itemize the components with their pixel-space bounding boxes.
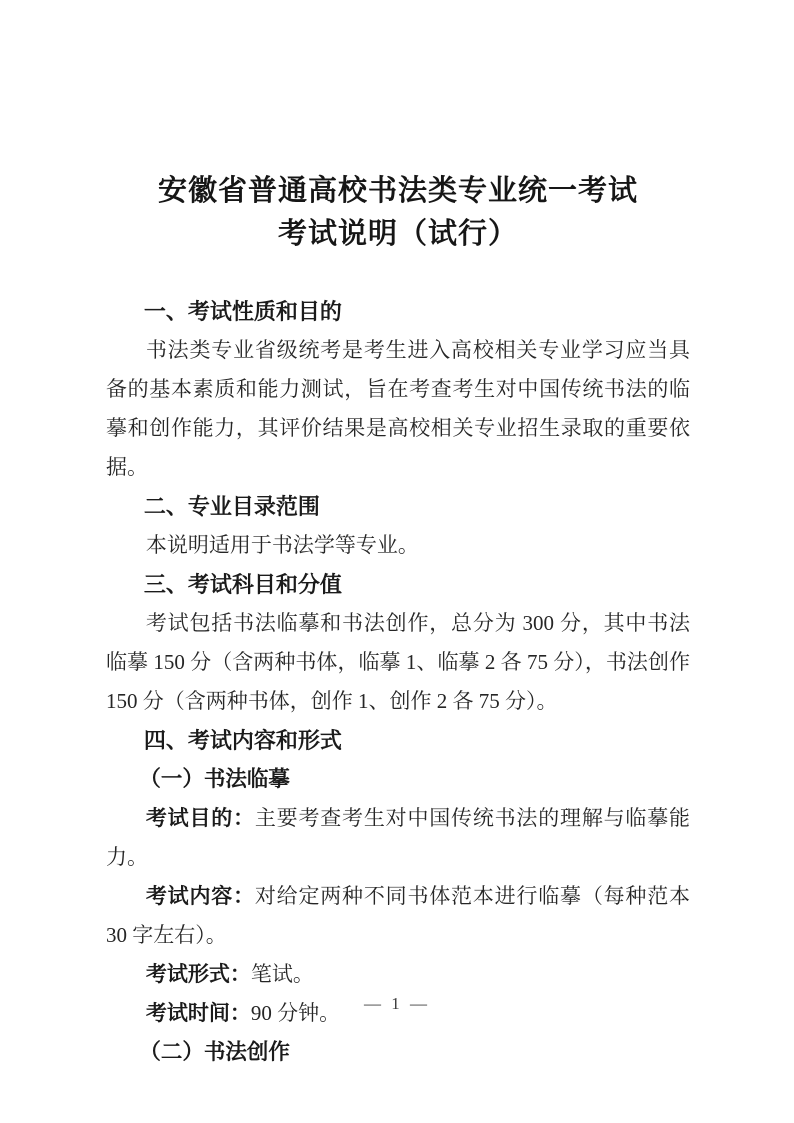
- section-heading-major-scope: 二、专业目录范围: [106, 487, 690, 526]
- section-heading-exam-nature: 一、考试性质和目的: [106, 292, 690, 331]
- subsection-heading-copying: （一）书法临摹: [106, 760, 690, 799]
- field-value-exam-form: 笔试。: [251, 962, 314, 986]
- section-heading-content-form: 四、考试内容和形式: [106, 721, 690, 760]
- field-label-exam-purpose: 考试目的：: [146, 806, 255, 830]
- section-paragraph-exam-nature: 书法类专业省级统考是考生进入高校相关专业学习应当具备的基本素质和能力测试，旨在考…: [106, 331, 690, 487]
- section-paragraph-subjects-scores: 考试包括书法临摹和书法创作，总分为 300 分，其中书法临摹 150 分（含两种…: [106, 604, 690, 721]
- title-line-1: 安徽省普通高校书法类专业统一考试: [106, 170, 690, 213]
- page-number: — 1 —: [364, 994, 430, 1013]
- field-label-exam-form: 考试形式：: [146, 962, 251, 986]
- subsection-heading-creation: （二）书法创作: [106, 1033, 690, 1072]
- document-page: 安徽省普通高校书法类专业统一考试 考试说明（试行） 一、考试性质和目的 书法类专…: [0, 0, 794, 1123]
- document-title: 安徽省普通高校书法类专业统一考试 考试说明（试行）: [106, 170, 690, 256]
- page-footer: — 1 —: [0, 994, 794, 1014]
- field-row-exam-purpose: 考试目的：主要考查考生对中国传统书法的理解与临摹能力。: [106, 799, 690, 877]
- title-line-2: 考试说明（试行）: [106, 213, 690, 256]
- section-heading-subjects-scores: 三、考试科目和分值: [106, 565, 690, 604]
- section-paragraph-major-scope: 本说明适用于书法学等专业。: [106, 526, 690, 565]
- field-row-exam-content: 考试内容：对给定两种不同书体范本进行临摹（每种范本 30 字左右）。: [106, 877, 690, 955]
- field-row-exam-form: 考试形式：笔试。: [106, 955, 690, 994]
- field-label-exam-content: 考试内容：: [146, 884, 255, 908]
